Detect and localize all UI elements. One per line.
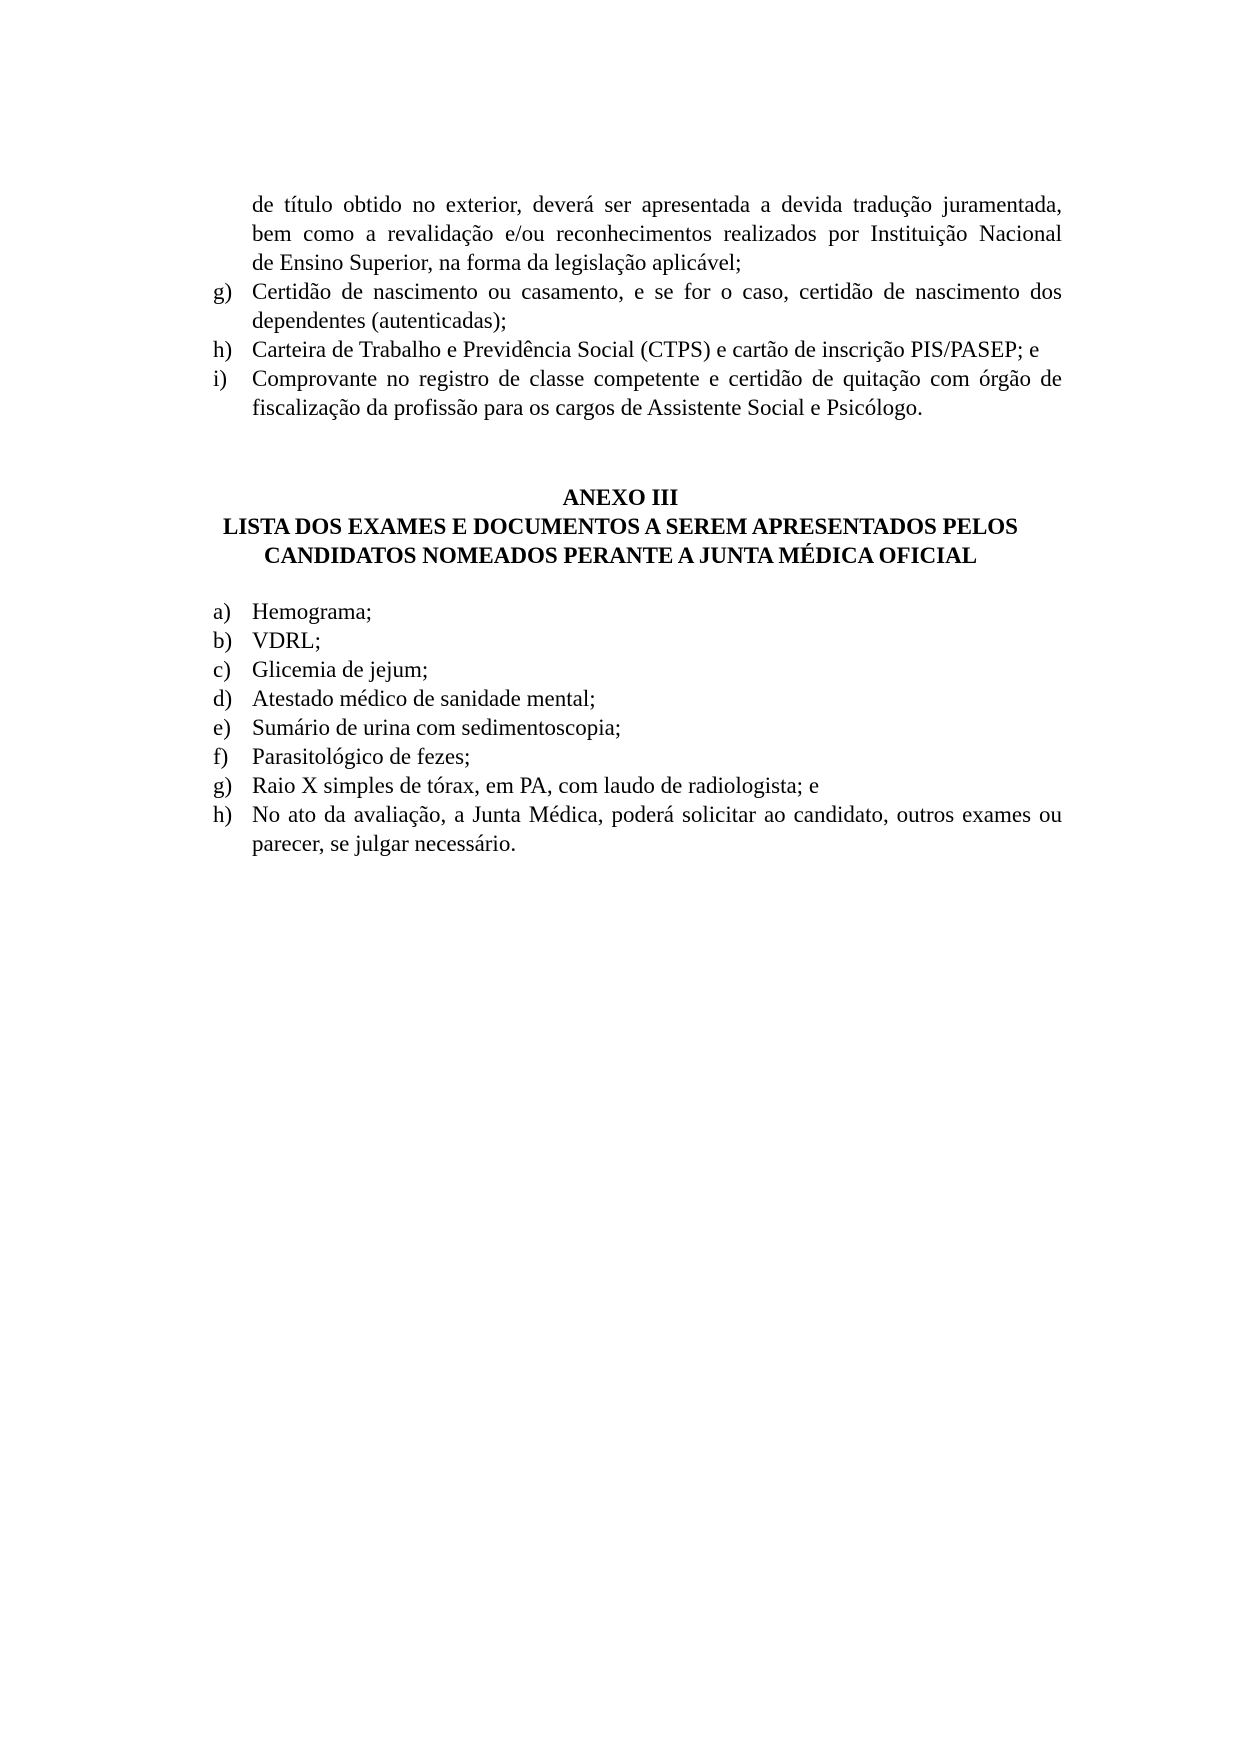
list-item: b) VDRL; — [213, 626, 1062, 655]
list-item: g) Raio X simples de tórax, em PA, com l… — [213, 771, 1062, 800]
list-item: f) Parasitológico de fezes; — [213, 742, 1062, 771]
list-item: d) Atestado médico de sanidade mental; — [213, 684, 1062, 713]
list-item-text: Glicemia de jejum; — [252, 655, 1062, 684]
list-marker: g) — [213, 277, 252, 306]
list-item-text: VDRL; — [252, 626, 1062, 655]
list-item-text: Sumário de urina com sedimentoscopia; — [252, 713, 1062, 742]
list-marker: h) — [213, 335, 252, 364]
list-item-text: Atestado médico de sanidade mental; — [252, 684, 1062, 713]
list-marker: a) — [213, 597, 252, 626]
list-item: c) Glicemia de jejum; — [213, 655, 1062, 684]
list-marker: i) — [213, 364, 252, 393]
list-item-text: Comprovante no registro de classe compet… — [252, 364, 1062, 422]
annex-subtitle-line-1: LISTA DOS EXAMES E DOCUMENTOS A SEREM AP… — [150, 512, 1091, 541]
list-item: g) Certidão de nascimento ou casamento, … — [213, 277, 1062, 335]
document-page: de título obtido no exterior, deverá ser… — [0, 0, 1241, 1755]
list-marker: e) — [213, 713, 252, 742]
list-item-text: Hemograma; — [252, 597, 1062, 626]
list-item: a) Hemograma; — [213, 597, 1062, 626]
list-item-text: No ato da avaliação, a Junta Médica, pod… — [252, 800, 1062, 858]
list-item-text: Carteira de Trabalho e Previdência Socia… — [252, 335, 1062, 364]
continuation-line: bem como a revalidação e/ou reconhecimen… — [252, 219, 1062, 248]
list-marker: c) — [213, 655, 252, 684]
list-marker: d) — [213, 684, 252, 713]
annex-title: ANEXO III — [150, 483, 1091, 512]
list-item: h) Carteira de Trabalho e Previdência So… — [213, 335, 1062, 364]
list-item-text: Certidão de nascimento ou casamento, e s… — [252, 277, 1062, 335]
documents-list: g) Certidão de nascimento ou casamento, … — [213, 277, 1062, 422]
list-marker: b) — [213, 626, 252, 655]
list-marker: g) — [213, 771, 252, 800]
list-marker: f) — [213, 742, 252, 771]
list-item: e) Sumário de urina com sedimentoscopia; — [213, 713, 1062, 742]
list-item-text: Parasitológico de fezes; — [252, 742, 1062, 771]
list-item-text: Raio X simples de tórax, em PA, com laud… — [252, 771, 1062, 800]
list-item: i) Comprovante no registro de classe com… — [213, 364, 1062, 422]
annex-heading: ANEXO III LISTA DOS EXAMES E DOCUMENTOS … — [150, 483, 1091, 570]
list-marker: h) — [213, 800, 252, 829]
exams-list: a) Hemograma; b) VDRL; c) Glicemia de je… — [213, 597, 1062, 858]
continuation-line: de título obtido no exterior, deverá ser… — [252, 190, 1062, 219]
continuation-line: de Ensino Superior, na forma da legislaç… — [252, 248, 1062, 277]
previous-item-continuation: de título obtido no exterior, deverá ser… — [252, 190, 1062, 277]
list-item: h) No ato da avaliação, a Junta Médica, … — [213, 800, 1062, 858]
annex-subtitle-line-2: CANDIDATOS NOMEADOS PERANTE A JUNTA MÉDI… — [150, 541, 1091, 570]
